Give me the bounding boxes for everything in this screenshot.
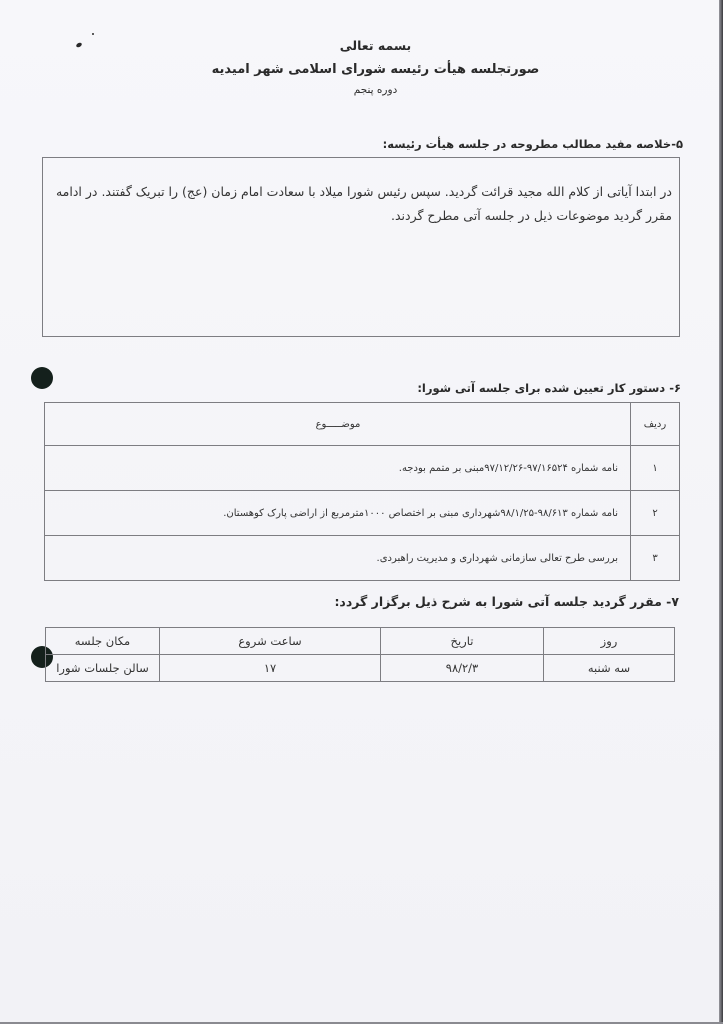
council-period: دوره پنجم [14, 84, 723, 96]
next-meeting-table: روز تاریخ ساعت شروع مکان جلسه سه شنبه ۹۸… [45, 627, 675, 682]
column-header-row-number: ردیف [631, 403, 680, 446]
meeting-date: ۹۸/۲/۳ [381, 655, 544, 682]
punch-hole-top [31, 367, 53, 389]
meeting-place: سالن جلسات شورا [46, 655, 160, 682]
invocation: بسمه تعالی [14, 38, 723, 53]
row-number: ۲ [631, 491, 680, 536]
row-number: ۱ [631, 446, 680, 491]
column-header-day: روز [544, 628, 675, 655]
section5-heading: ۵-خلاصه مفید مطالب مطروحه در جلسه هیأت ر… [383, 137, 683, 151]
meeting-start-time: ۱۷ [160, 655, 381, 682]
scan-right-edge [719, 0, 723, 1024]
meeting-day: سه شنبه [544, 655, 675, 682]
document-title: صورتجلسه هیأت رئیسه شورای اسلامی شهر امی… [14, 62, 723, 77]
next-meeting-header-row: روز تاریخ ساعت شروع مکان جلسه [46, 628, 675, 655]
column-header-start-time: ساعت شروع [160, 628, 381, 655]
column-header-subject: موضـــــوع [45, 403, 631, 446]
column-header-date: تاریخ [381, 628, 544, 655]
scanned-page: بسمه تعالی صورتجلسه هیأت رئیسه شورای اسل… [0, 0, 723, 1024]
row-subject: بررسی طرح تعالی سازمانی شهرداری و مدیریت… [45, 536, 631, 581]
table-row: ۲ نامه شماره ۹۸/۶۱۳-۹۸/۱/۲۵شهرداری مبنی … [45, 491, 680, 536]
row-number: ۳ [631, 536, 680, 581]
scan-speck [92, 33, 94, 35]
section7-heading: ۷- مقرر گردید جلسه آتی شورا به شرح ذیل ب… [334, 594, 679, 609]
summary-text: در ابتدا آیاتی از کلام الله مجید قرائت گ… [46, 180, 672, 228]
section6-heading: ۶- دستور کار تعیین شده برای جلسه آتی شور… [417, 381, 681, 395]
row-subject: نامه شماره ۹۸/۶۱۳-۹۸/۱/۲۵شهرداری مبنی بر… [45, 491, 631, 536]
agenda-table: ردیف موضـــــوع ۱ نامه شماره ۹۷/۱۶۵۲۴-۹۷… [44, 402, 680, 581]
table-row: سه شنبه ۹۸/۲/۳ ۱۷ سالن جلسات شورا [46, 655, 675, 682]
agenda-header-row: ردیف موضـــــوع [45, 403, 680, 446]
row-subject: نامه شماره ۹۷/۱۶۵۲۴-۹۷/۱۲/۲۶مبنی بر متمم… [45, 446, 631, 491]
table-row: ۱ نامه شماره ۹۷/۱۶۵۲۴-۹۷/۱۲/۲۶مبنی بر مت… [45, 446, 680, 491]
column-header-place: مکان جلسه [46, 628, 160, 655]
table-row: ۳ بررسی طرح تعالی سازمانی شهرداری و مدیر… [45, 536, 680, 581]
